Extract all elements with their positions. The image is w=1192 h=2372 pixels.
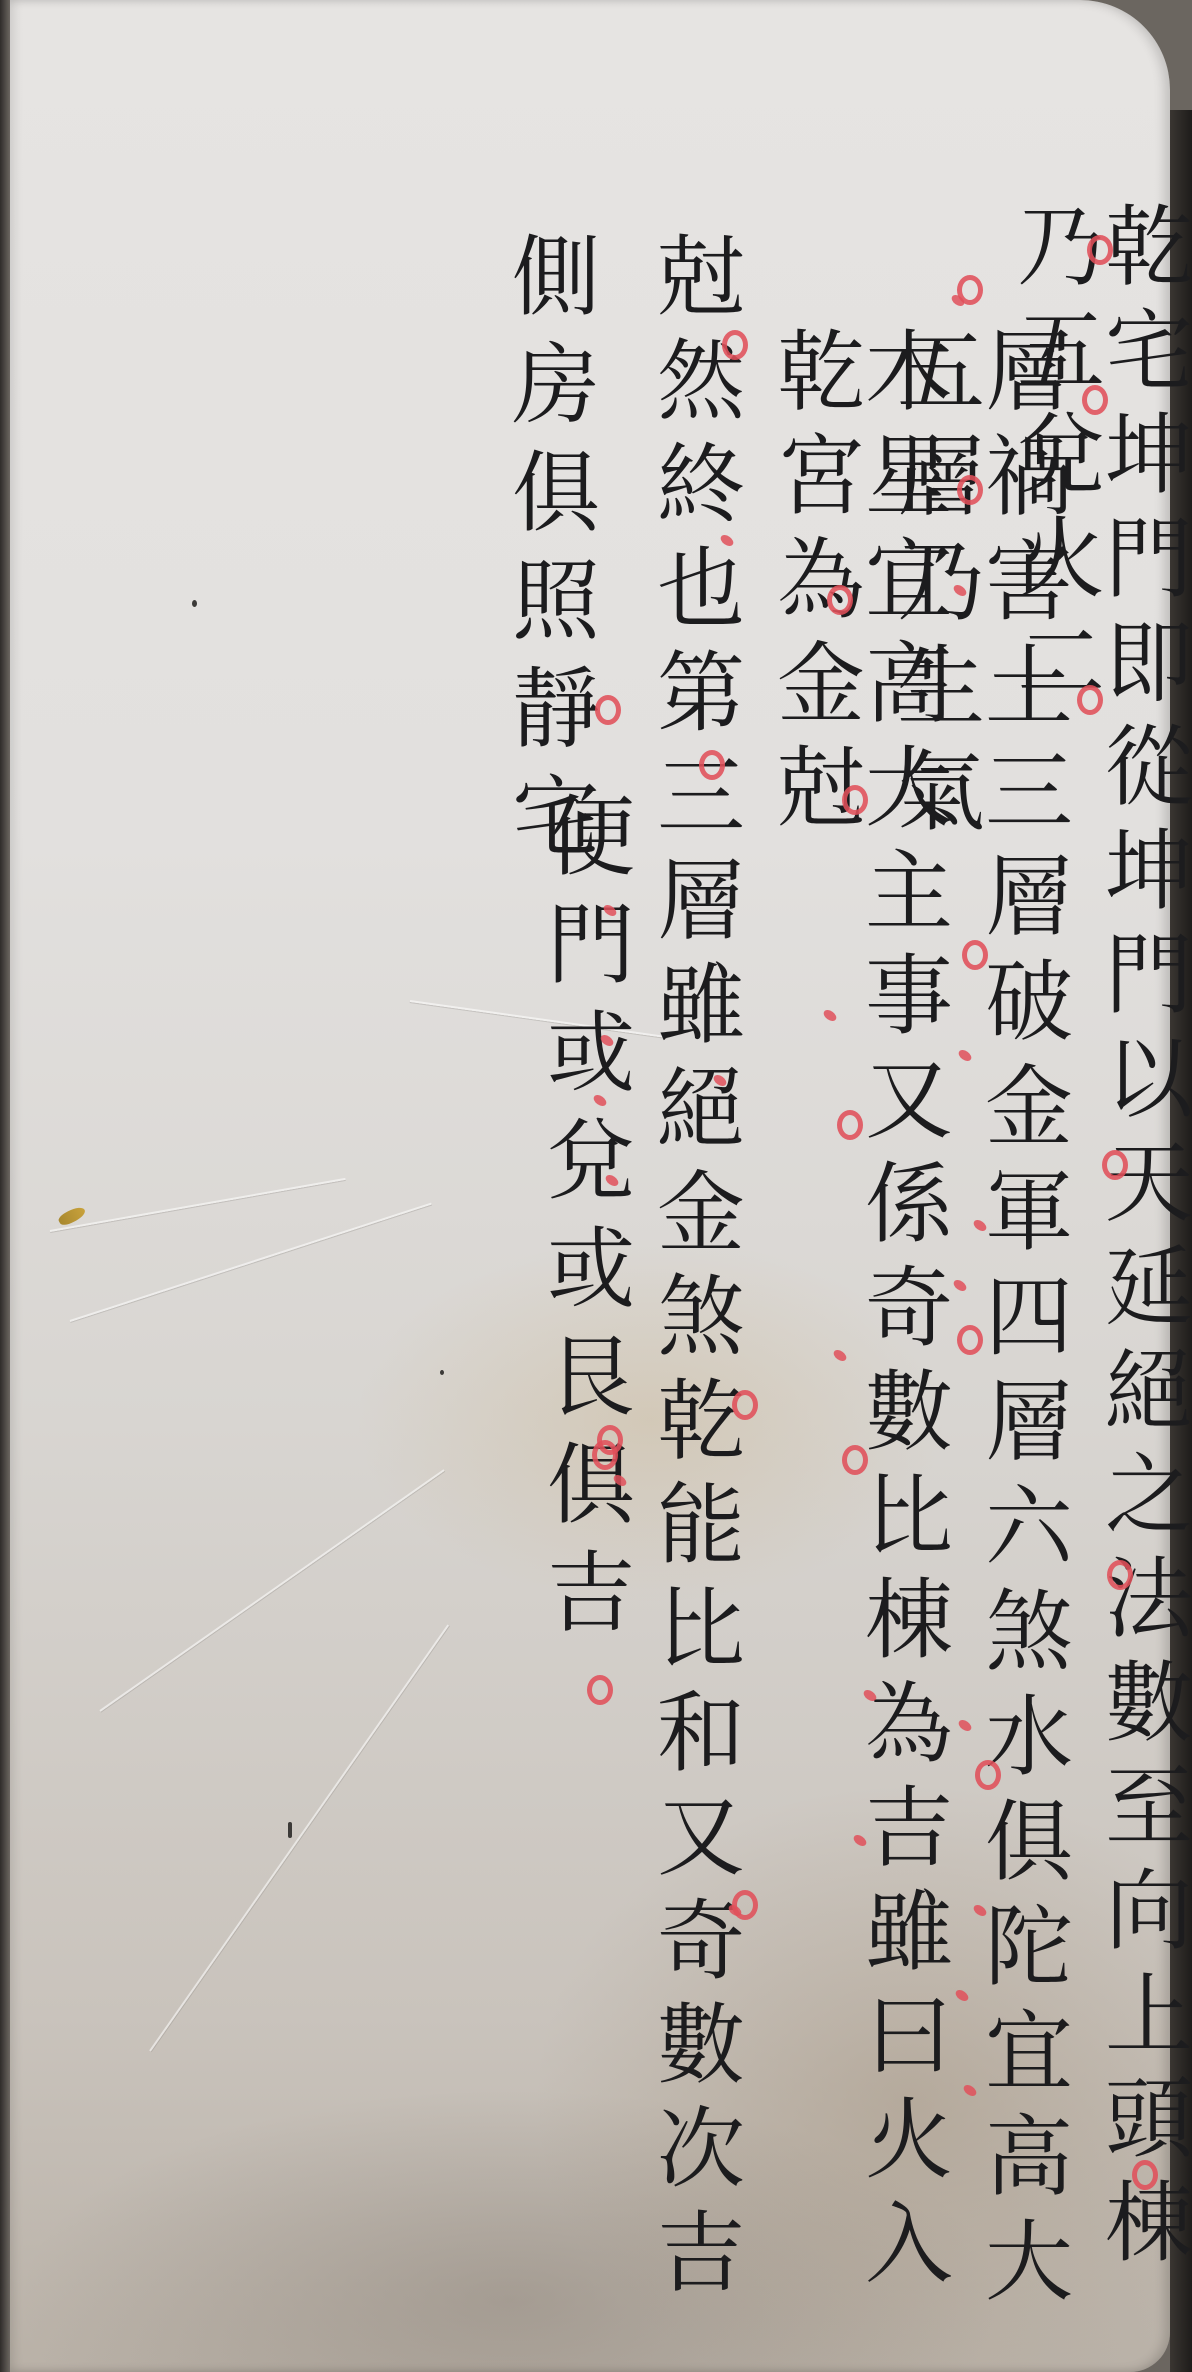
text-column-3: 木星宜高大主事又係奇數比棟為吉雖曰火入乾宮為金尅: [770, 325, 946, 2372]
manuscript-text: 乾宅坤門即從坤門以天延絕之法數至向上頭棟乃五兌火二 層禍害土三層破金軍四層六煞水…: [0, 0, 1192, 2372]
red-circle-punctuation-icon: [837, 1110, 863, 1140]
red-circle-punctuation-icon: [1077, 685, 1103, 715]
red-circle-punctuation-icon: [1087, 235, 1113, 265]
text-column-5: 側房俱照靜宅: [505, 230, 593, 878]
red-circle-punctuation-icon: [699, 750, 725, 780]
red-circle-punctuation-icon: [1132, 2160, 1158, 2190]
red-circle-punctuation-icon: [842, 785, 868, 815]
red-circle-punctuation-icon: [592, 1440, 618, 1470]
red-circle-punctuation-icon: [962, 940, 988, 970]
red-circle-punctuation-icon: [1107, 1560, 1133, 1590]
text-column-6: 便門或兌或艮俱吉: [540, 790, 628, 1654]
red-circle-punctuation-icon: [842, 1445, 868, 1475]
red-circle-punctuation-icon: [975, 1760, 1001, 1790]
red-circle-punctuation-icon: [827, 585, 853, 615]
red-circle-punctuation-icon: [595, 695, 621, 725]
red-circle-punctuation-icon: [732, 1390, 758, 1420]
red-circle-punctuation-icon: [587, 1675, 613, 1705]
red-circle-punctuation-icon: [722, 330, 748, 360]
red-circle-punctuation-icon: [1082, 385, 1108, 415]
red-circle-punctuation-icon: [957, 1325, 983, 1355]
red-circle-punctuation-icon: [1102, 1150, 1128, 1180]
red-circle-punctuation-icon: [957, 475, 983, 505]
